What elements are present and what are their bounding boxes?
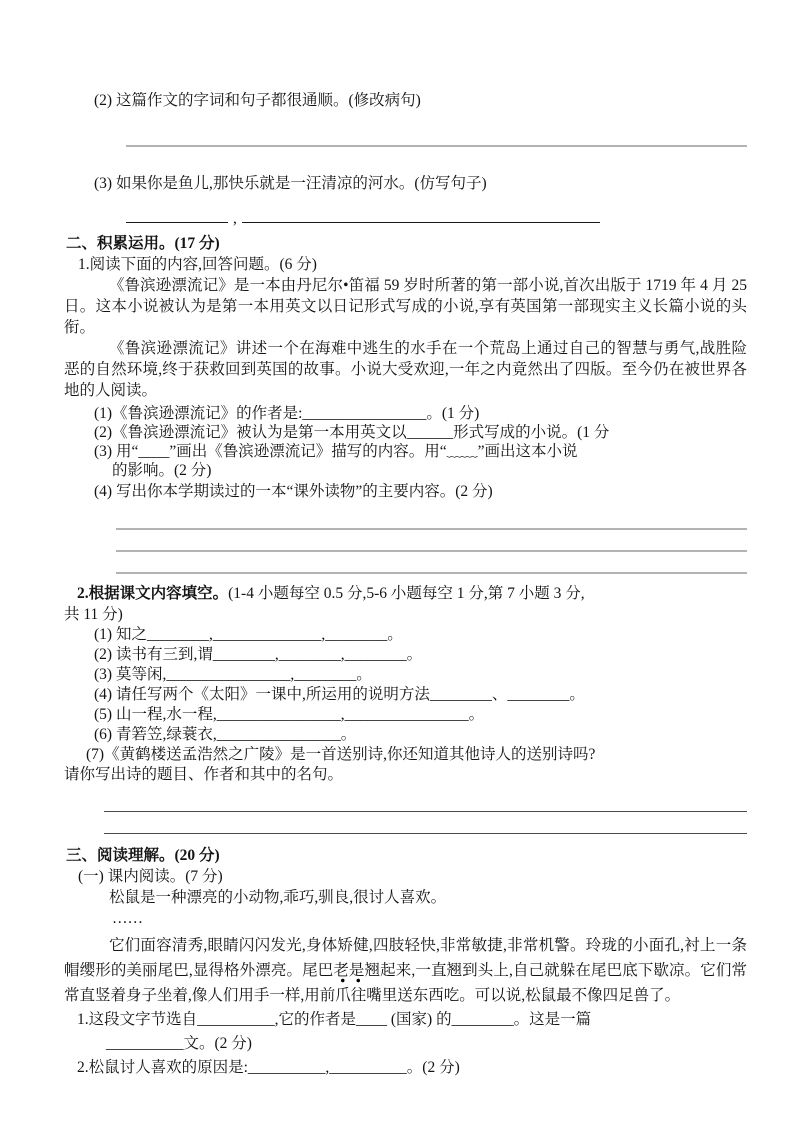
answer-blank-line [116,550,747,552]
answer-blank-line [126,145,747,147]
question-line-1-2: (2) 这篇作文的字词和句子都很通顺。(修改病句) [94,90,747,111]
comma-separator: , [228,210,242,227]
answer-blank-short [126,208,228,223]
q2-item-5: (5) 山一程,水一程,________________,___________… [94,705,747,725]
q1-sub1: (1)《鲁滨逊漂流记》的作者是:________________。(1 分) [94,404,747,423]
q2-item-7-line1: (7)《黄鹤楼送孟浩然之广陵》是一首送别诗,你还知道其他诗人的送别诗吗? [86,745,747,765]
exam-page: (2) 这篇作文的字词和句子都很通顺。(修改病句) (3) 如果你是鱼儿,那快乐… [0,0,793,1079]
q2-intro-wrap: 共 11 分) [64,604,747,625]
q2-item-7-line2: 请你写出诗的题目、作者和其中的名句。 [64,765,747,785]
q1-passage-2: 《鲁滨逊漂流记》讲述一个在海难中逃生的水手在一个荒岛上通过自己的智慧与勇气,战胜… [64,338,747,401]
answer-row: , [126,208,747,228]
reading-q1-line2: __________文。(2 分) [106,1032,747,1056]
answer-blank-line [116,528,747,530]
passage-squirrel-line1: 松鼠是一种漂亮的小动物,乖巧,驯良,很讨人喜欢。 [64,887,747,908]
q2-item-4: (4) 请任写两个《太阳》一课中,所运用的说明方法________、______… [94,685,747,705]
passage-squirrel-para: 它们面容清秀,眼睛闪闪发光,身体矫健,四肢轻快,非常敏捷,非常机警。玲珑的小面孔… [64,933,747,1008]
q1-sub3-line1: (3) 用“____”画出《鲁滨逊漂流记》描写的内容。用“﹏﹏”画出这本小说 [94,442,747,461]
reading-q2: 2.松鼠讨人喜欢的原因是:__________,__________。(2 分) [77,1056,747,1079]
passage-ellipsis: …… [112,908,747,929]
answer-blank-line [104,811,747,812]
q2-item-3: (3) 莫等闲,________________,________。 [94,665,747,685]
q1-sub2: (2)《鲁滨逊漂流记》被认为是第一本用英文以______形式写成的小说。(1 分 [94,423,747,442]
q1-passage-1: 《鲁滨逊漂流记》是一本由丹尼尔•笛福 59 岁时所著的第一部小说,首次出版于 1… [64,275,747,338]
question-line-1-3: (3) 如果你是鱼儿,那快乐就是一汪清凉的河水。(仿写句子) [94,173,747,194]
reading-subheading: (一) 课内阅读。(7 分) [78,866,747,887]
q2-intro-rest: (1-4 小题每空 0.5 分,5-6 小题每空 1 分,第 7 小题 3 分, [228,585,585,602]
q1-intro: 1.阅读下面的内容,回答问题。(6 分) [78,254,747,275]
q2-intro-bold: 2.根据课文内容填空。 [77,585,228,602]
answer-blank-line [104,833,747,834]
q2-item-1: (1) 知之________,______________,________。 [94,625,747,645]
section3-heading: 三、阅读理解。(20 分) [66,845,747,866]
reading-q1-line1: 1.这段文字节选自__________,它的作者是____ (国家) 的____… [77,1008,747,1032]
q2-item-6: (6) 青箬笠,绿蓑衣,________________。 [94,725,747,745]
q1-sub4: (4) 写出你本学期读过的一本“课外读物”的主要内容。(2 分) [94,482,747,501]
answer-blank-line [116,572,747,574]
emphasized-text: 老是 [333,962,364,983]
q1-sub3-line2: 的影响。(2 分) [112,461,747,480]
section2-heading: 二、积累运用。(17 分) [66,233,747,254]
answer-blank-long [242,208,600,223]
q2-intro: 2.根据课文内容填空。(1-4 小题每空 0.5 分,5-6 小题每空 1 分,… [77,583,747,604]
q2-item-2: (2) 读书有三到,谓________,________,________。 [94,645,747,665]
